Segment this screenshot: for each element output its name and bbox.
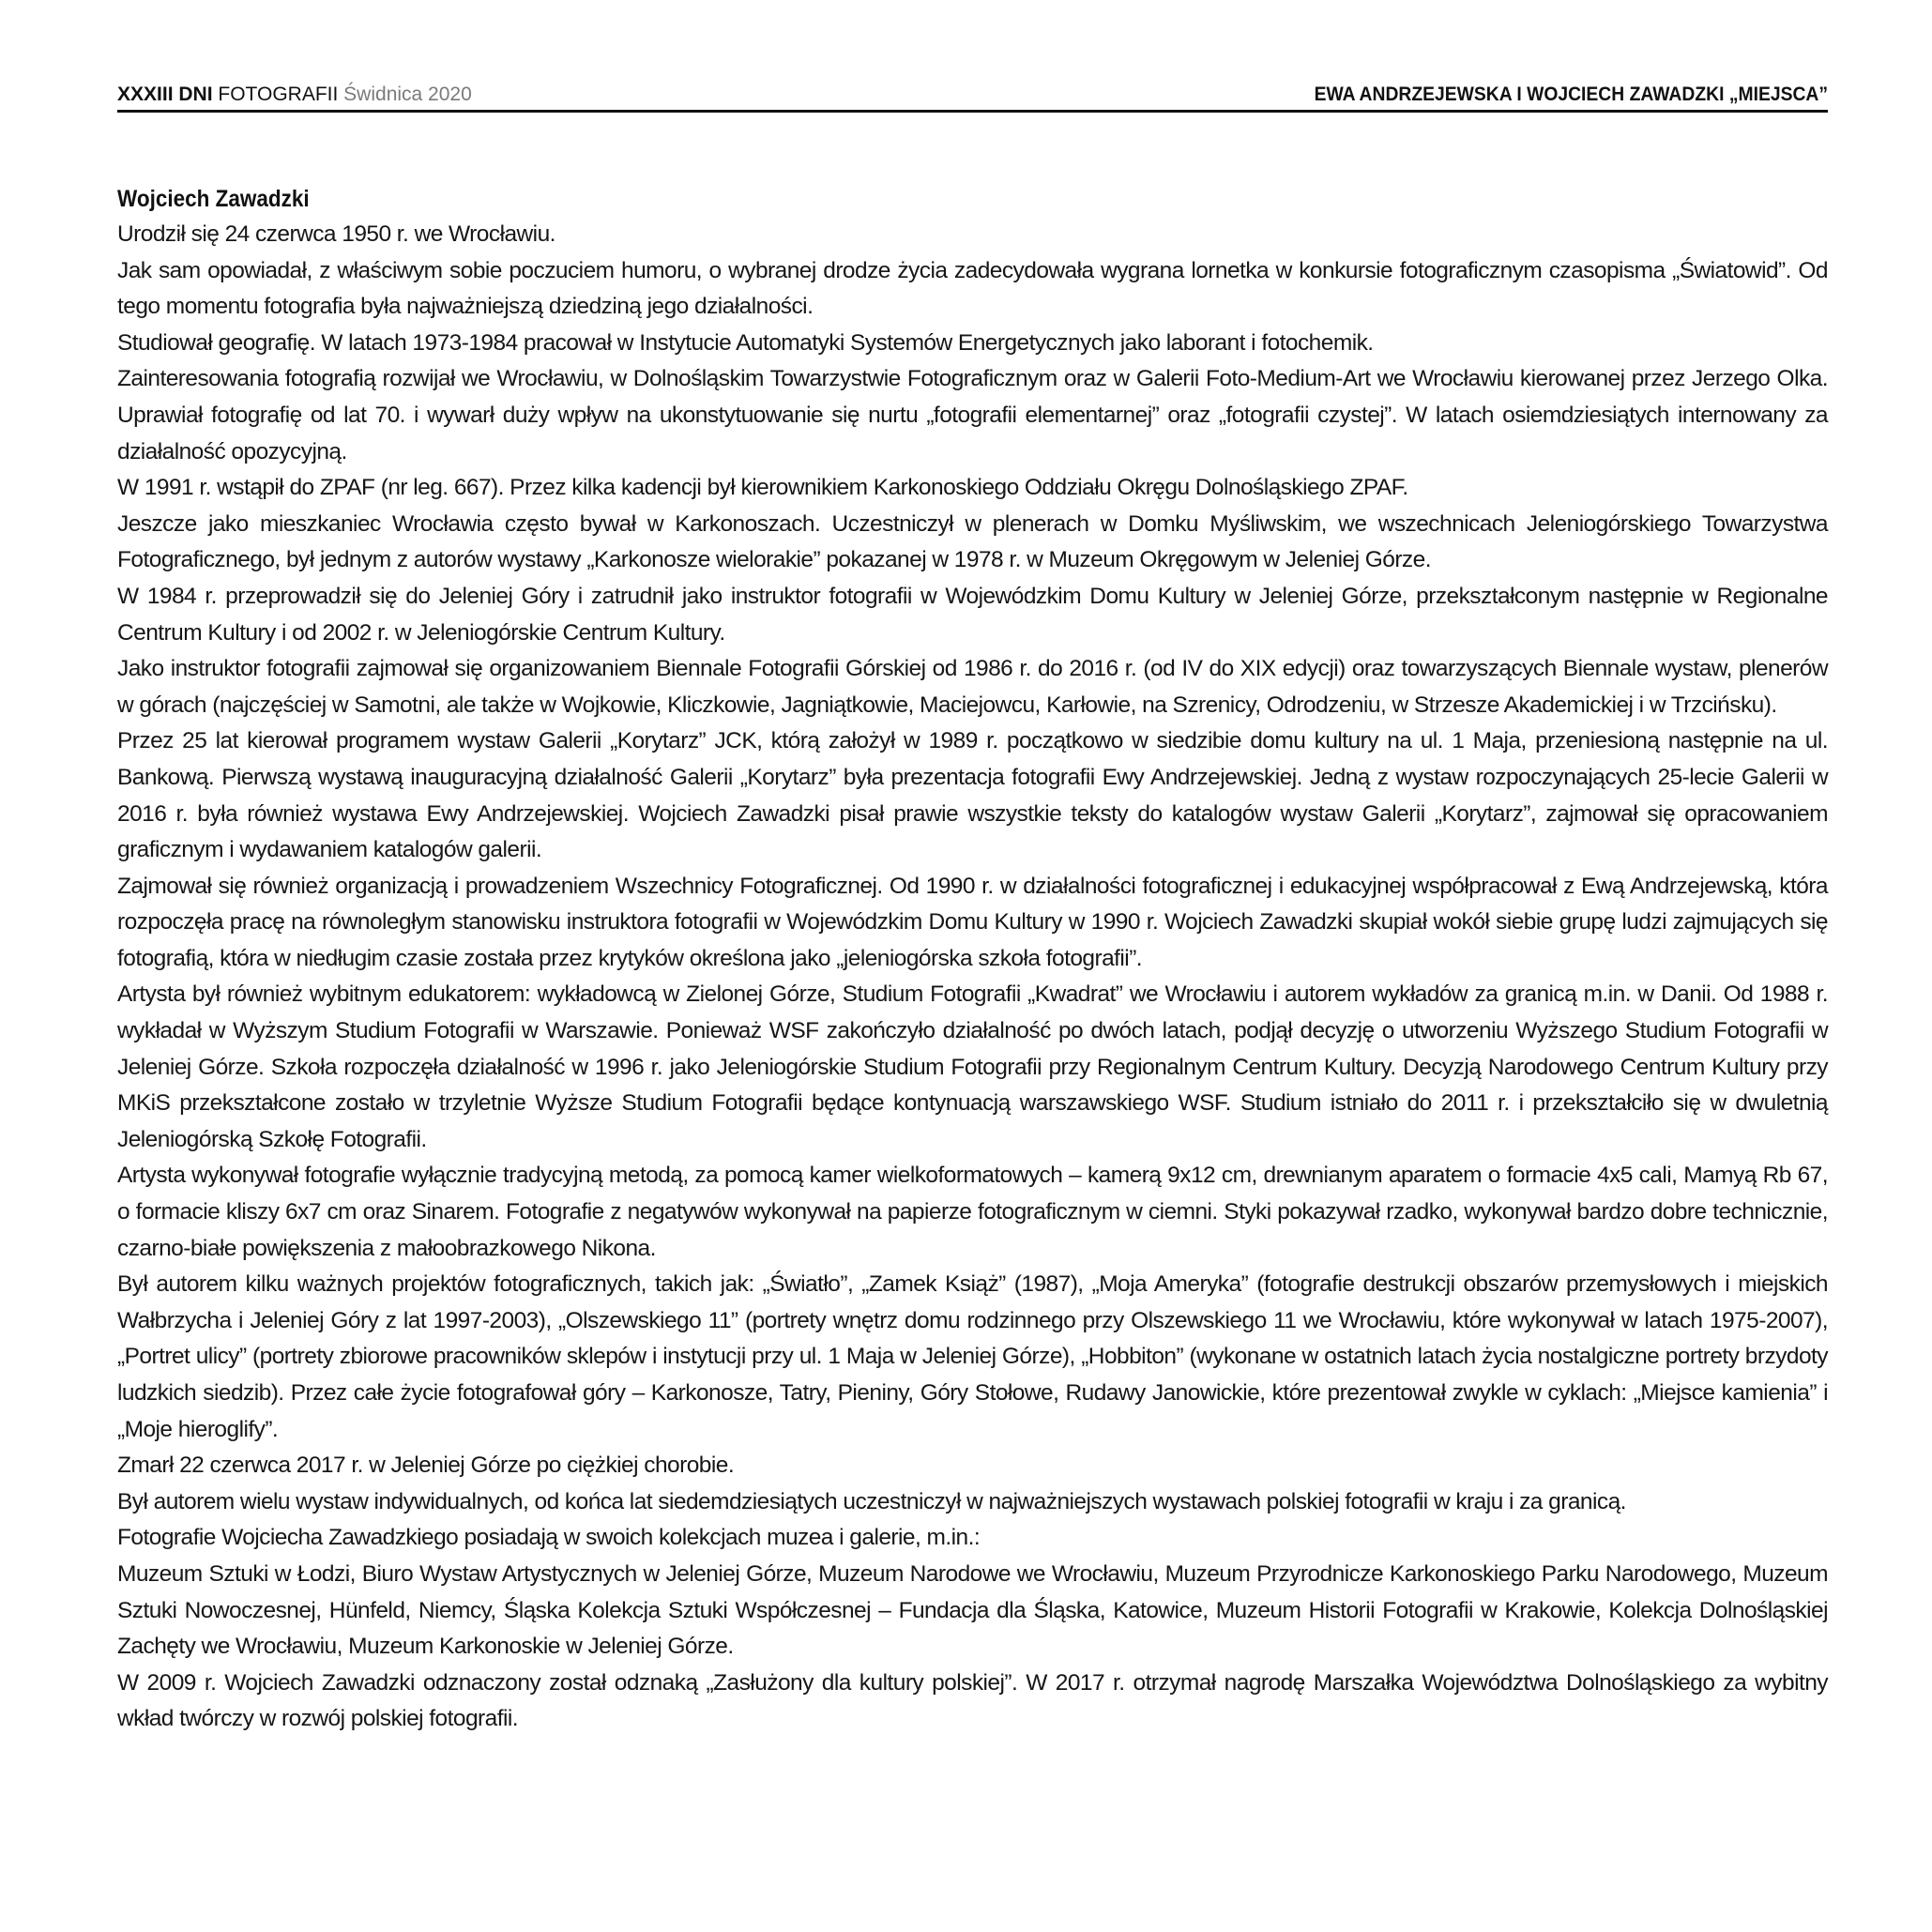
article-title: Wojciech Zawadzki bbox=[117, 181, 310, 217]
paragraph: W 2009 r. Wojciech Zawadzki odznaczony z… bbox=[117, 1666, 1828, 1738]
paragraph: Jeszcze jako mieszkaniec Wrocławia częst… bbox=[117, 507, 1828, 579]
paragraph: Jak sam opowiadał, z właściwym sobie poc… bbox=[117, 253, 1828, 326]
paragraph: Artysta wykonywał fotografie wyłącznie t… bbox=[117, 1158, 1828, 1267]
paragraph: Muzeum Sztuki w Łodzi, Biuro Wystaw Arty… bbox=[117, 1557, 1828, 1666]
paragraph: Zajmował się również organizacją i prowa… bbox=[117, 869, 1828, 978]
paragraph: Zmarł 22 czerwca 2017 r. w Jeleniej Górz… bbox=[117, 1448, 1828, 1484]
header-event-place-year: Świdnica 2020 bbox=[343, 84, 472, 105]
header-event-title: XXXIII DNI FOTOGRAFII Świdnica 2020 bbox=[117, 84, 472, 106]
paragraph: Fotografie Wojciecha Zawadzkiego posiada… bbox=[117, 1520, 1828, 1557]
paragraph: W 1991 r. wstąpił do ZPAF (nr leg. 667).… bbox=[117, 470, 1828, 507]
running-header: XXXIII DNI FOTOGRAFII Świdnica 2020 EWA … bbox=[117, 83, 1828, 113]
header-event-name: FOTOGRAFII bbox=[218, 84, 338, 105]
paragraph: Zainteresowania fotografią rozwijał we W… bbox=[117, 361, 1828, 470]
header-event-number: XXXIII DNI bbox=[117, 84, 213, 105]
header-exhibition-title: EWA ANDRZEJEWSKA I WOJCIECH ZAWADZKI „MI… bbox=[1315, 84, 1828, 106]
paragraph: Jako instruktor fotografii zajmował się … bbox=[117, 651, 1828, 723]
paragraph: Studiował geografię. W latach 1973-1984 … bbox=[117, 326, 1828, 362]
paragraph: Był autorem wielu wystaw indywidualnych,… bbox=[117, 1484, 1828, 1521]
paragraph: Przez 25 lat kierował programem wystaw G… bbox=[117, 723, 1828, 868]
paragraph: Artysta był również wybitnym edukatorem:… bbox=[117, 977, 1828, 1158]
article-body: Wojciech Zawadzki Urodził się 24 czerwca… bbox=[117, 181, 1828, 1738]
paragraph: Urodził się 24 czerwca 1950 r. we Wrocła… bbox=[117, 217, 1828, 253]
paragraph: W 1984 r. przeprowadził się do Jeleniej … bbox=[117, 579, 1828, 651]
paragraph: Był autorem kilku ważnych projektów foto… bbox=[117, 1267, 1828, 1448]
